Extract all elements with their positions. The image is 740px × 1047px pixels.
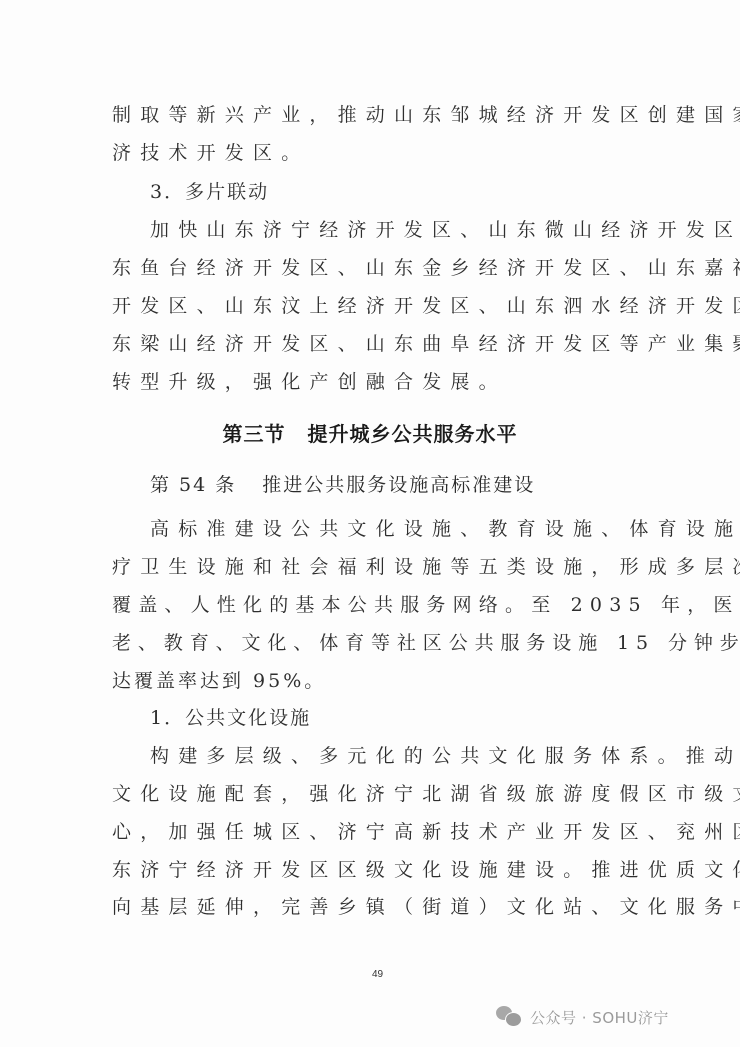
article-heading: 第 54 条推进公共服务设施高标准建设 — [150, 470, 535, 497]
subsection-heading: 3．多片联动 — [150, 180, 670, 204]
text-line: 老、教育、文化、体育等社区公共服务设施 15 分钟步行可 — [112, 631, 632, 655]
article-number: 第 54 条 — [150, 474, 236, 496]
watermark-text: 公众号 · SOHU济宁 — [530, 1007, 669, 1028]
text-line: 心，加强任城区、济宁高新技术产业开发区、兖州区、山 — [112, 820, 632, 844]
text-line: 向基层延伸，完善乡镇（街道）文化站、文化服务中心建 — [112, 895, 632, 919]
page-number: 49 — [372, 969, 383, 980]
text-line: 东鱼台经济开发区、山东金乡经济开发区、山东嘉祥经济 — [112, 256, 632, 280]
text-line: 高标准建设公共文化设施、教育设施、体育设施、医 — [150, 517, 670, 541]
text-line: 转型升级，强化产创融合发展。 — [112, 370, 632, 394]
section-number: 第三节 — [223, 422, 286, 446]
wechat-icon — [496, 1006, 522, 1028]
text-line: 覆盖、人性化的基本公共服务网络。至 2035 年，医疗、养 — [112, 593, 632, 617]
text-line: 东济宁经济开发区区级文化设施建设。推进优质文化资源 — [112, 858, 632, 882]
document-page: 制取等新兴产业，推动山东邹城经济开发区创建国家级经 济技术开发区。 3．多片联动… — [0, 0, 740, 1047]
text-line: 加快山东济宁经济开发区、山东微山经济开发区、山 — [150, 218, 670, 242]
subsection-heading: 1．公共文化设施 — [150, 706, 670, 730]
text-line: 济技术开发区。 — [112, 141, 632, 165]
text-line: 开发区、山东汶上经济开发区、山东泗水经济开发区、山 — [112, 294, 632, 318]
section-title: 提升城乡公共服务水平 — [308, 422, 518, 446]
text-line: 东梁山经济开发区、山东曲阜经济开发区等产业集聚平台 — [112, 332, 632, 356]
text-line: 文化设施配套，强化济宁北湖省级旅游度假区市级文化中 — [112, 782, 632, 806]
text-line: 构建多层级、多元化的公共文化服务体系。推动市级 — [150, 744, 670, 768]
text-line: 疗卫生设施和社会福利设施等五类设施，形成多层次、全 — [112, 555, 632, 579]
text-line: 制取等新兴产业，推动山东邹城经济开发区创建国家级经 — [112, 103, 632, 127]
article-title: 推进公共服务设施高标准建设 — [262, 474, 535, 496]
text-line: 达覆盖率达到 95%。 — [112, 669, 632, 693]
section-heading: 第三节提升城乡公共服务水平 — [0, 418, 740, 447]
watermark: 公众号 · SOHU济宁 — [496, 1006, 669, 1028]
